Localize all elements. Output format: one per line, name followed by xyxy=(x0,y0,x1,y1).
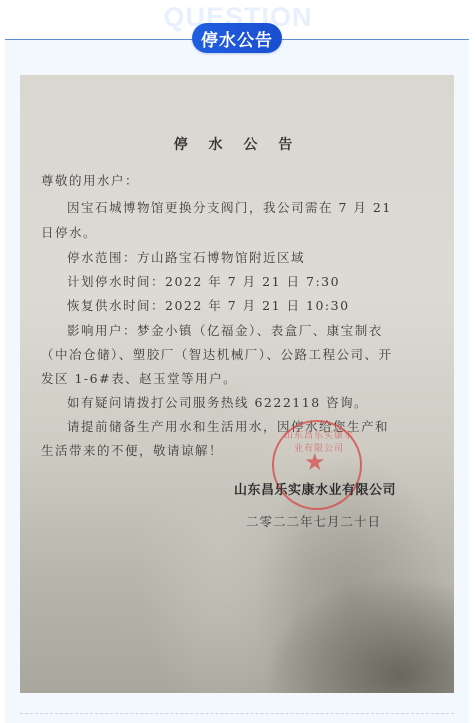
notice-date: 二零二二年七月二十日 xyxy=(246,512,381,530)
notice-line: （中冶仓储）、塑胶厂（智达机械厂）、公路工程公司、开 xyxy=(41,345,393,363)
star-icon: ★ xyxy=(304,450,326,474)
notice-line: 如有疑问请拨打公司服务热线 6222118 咨询。 xyxy=(67,393,368,411)
notice-line: 生活带来的不便，敬请谅解！ xyxy=(41,441,223,459)
section-title-badge: 停水公告 xyxy=(192,23,282,53)
notice-line: 计划停水时间：2022 年 7 月 21 日 7:30 xyxy=(67,272,340,290)
notice-title: 停 水 公 告 xyxy=(20,134,454,154)
dashed-divider xyxy=(20,713,454,714)
notice-photo: 停 水 公 告 尊敬的用水户： 因宝石城博物馆更换分支阀门，我公司需在 7 月 … xyxy=(20,75,454,693)
notice-line: 停水范围：方山路宝石博物馆附近区域 xyxy=(67,248,305,266)
company-signature: 山东昌乐实康水业有限公司 xyxy=(234,479,396,498)
notice-line: 因宝石城博物馆更换分支阀门，我公司需在 7 月 21 xyxy=(67,198,392,216)
notice-line: 日停水。 xyxy=(41,223,97,241)
notice-line: 恢复供水时间：2022 年 7 月 21 日 10:30 xyxy=(67,296,350,314)
notice-line: 发区 1-6#表、赵玉堂等用户。 xyxy=(41,369,237,387)
notice-salutation: 尊敬的用水户： xyxy=(41,171,139,189)
notice-line: 影响用户：梦金小镇（亿福金）、表盒厂、康宝制衣 xyxy=(67,321,383,339)
